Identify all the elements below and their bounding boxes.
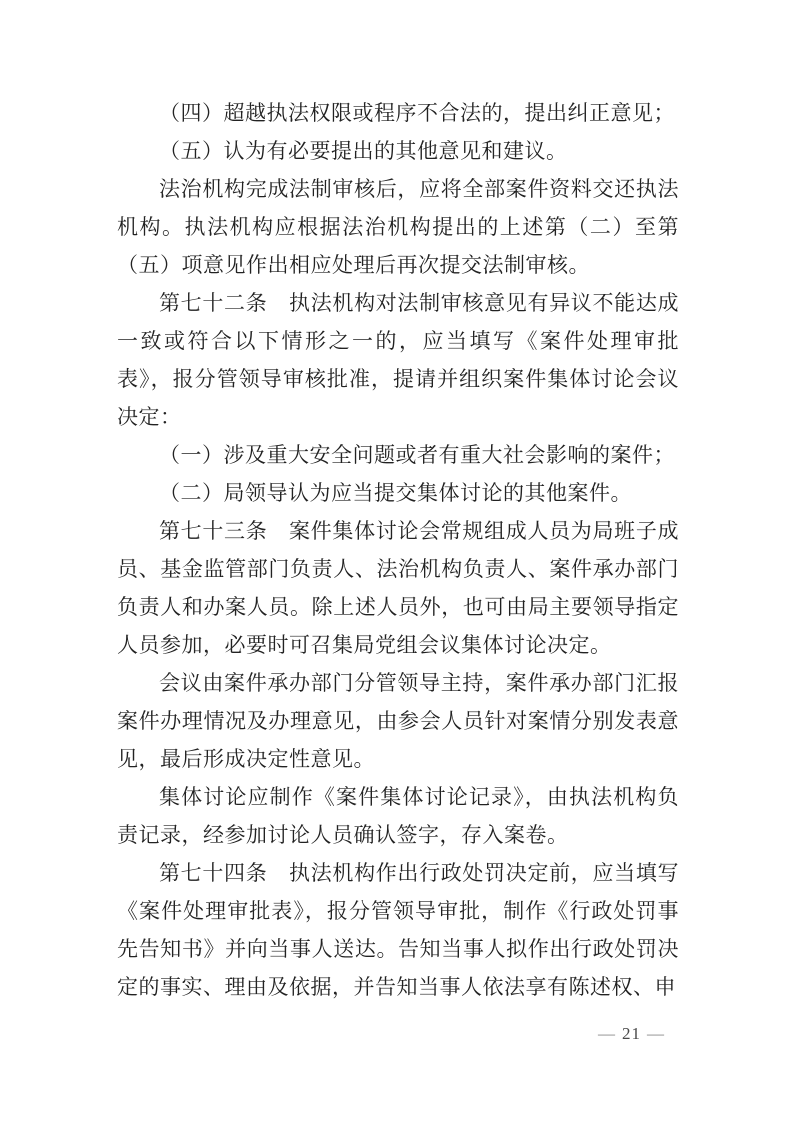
- footer-right-dash: —: [641, 1024, 671, 1043]
- paragraph-legal-review-return: 法治机构完成法制审核后，应将全部案件资料交还执法机构。执法机构应根据法治机构提出…: [117, 170, 679, 284]
- footer-left-dash: —: [592, 1024, 622, 1043]
- paragraph-item-5: （五）认为有必要提出的其他意见和建议。: [117, 132, 679, 170]
- page-number: 21: [622, 1024, 641, 1043]
- page-footer: —21—: [0, 1024, 793, 1044]
- document-text-block: （四）超越执法权限或程序不合法的，提出纠正意见； （五）认为有必要提出的其他意见…: [117, 94, 679, 1006]
- paragraph-discussion-record: 集体讨论应制作《案件集体讨论记录》，由执法机构负责记录，经参加讨论人员确认签字，…: [117, 778, 679, 854]
- paragraph-article-73: 第七十三条 案件集体讨论会常规组成人员为局班子成员、基金监管部门负责人、法治机构…: [117, 512, 679, 664]
- paragraph-article-72-item-1: （一）涉及重大安全问题或者有重大社会影响的案件；: [117, 436, 679, 474]
- paragraph-article-72: 第七十二条 执法机构对法制审核意见有异议不能达成一致或符合以下情形之一的，应当填…: [117, 284, 679, 436]
- paragraph-meeting-procedure: 会议由案件承办部门分管领导主持，案件承办部门汇报案件办理情况及办理意见，由参会人…: [117, 664, 679, 778]
- paragraph-item-4: （四）超越执法权限或程序不合法的，提出纠正意见；: [117, 94, 679, 132]
- paragraph-article-74: 第七十四条 执法机构作出行政处罚决定前，应当填写《案件处理审批表》，报分管领导审…: [117, 854, 679, 1006]
- document-page: （四）超越执法权限或程序不合法的，提出纠正意见； （五）认为有必要提出的其他意见…: [0, 0, 793, 1122]
- paragraph-article-72-item-2: （二）局领导认为应当提交集体讨论的其他案件。: [117, 474, 679, 512]
